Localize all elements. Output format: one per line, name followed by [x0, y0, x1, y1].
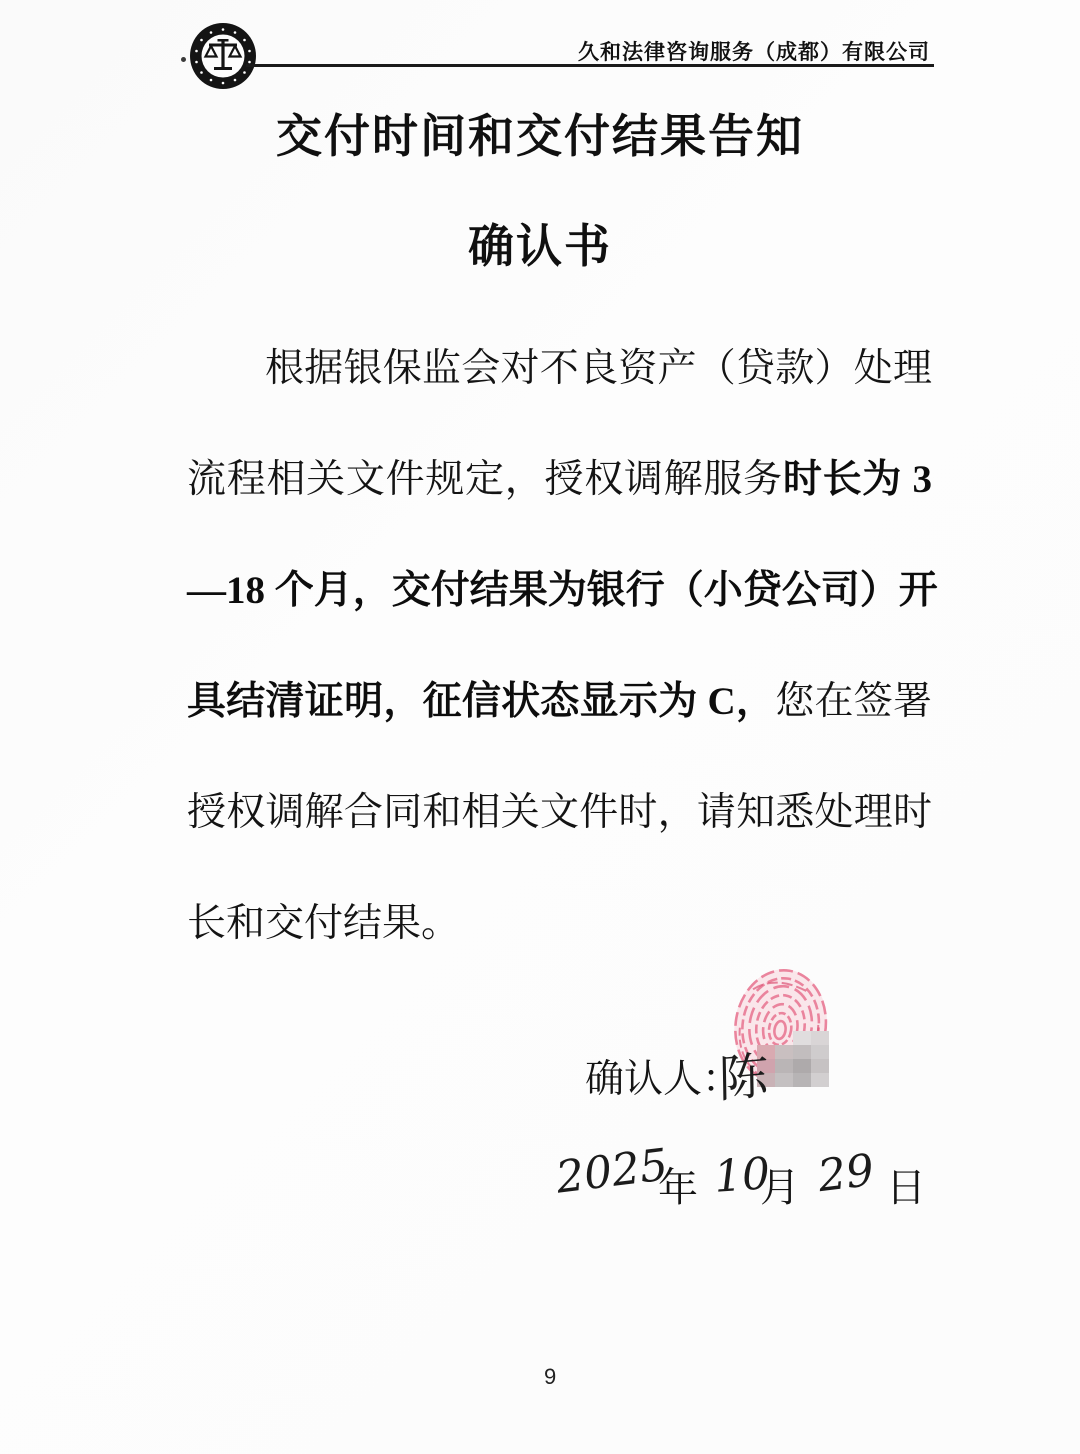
document-title-line1: 交付时间和交付结果告知: [0, 100, 1080, 166]
handwritten-signature: 陈: [718, 1035, 769, 1112]
body-text: 授权调解合同和相关文件时，请知悉处理时: [187, 791, 932, 834]
page-number: 9: [544, 1364, 556, 1390]
body-text-bold: 具结清证明，征信状态显示为 C，: [187, 680, 775, 723]
mosaic-cell: [811, 1073, 829, 1087]
body-paragraph: 根据银保监会对不良资产（贷款）处理流程相关文件规定，授权调解服务时长为 3—18…: [187, 313, 932, 979]
month-label: 月: [760, 1156, 800, 1213]
scanned-document-page: 久和法律咨询服务（成都）有限公司 交付时间和交付结果告知 确认书 根据银保监会对…: [0, 0, 1080, 1454]
mosaic-cell: [775, 1073, 793, 1087]
mosaic-cell: [811, 1059, 829, 1073]
body-line: 具结清证明，征信状态显示为 C，您在签署: [187, 646, 932, 757]
document-title-line2: 确认书: [0, 210, 1080, 276]
body-text-bold: —18 个月，交付结果为银行（小贷公司）开: [187, 569, 938, 612]
body-text-bold: 时长为 3: [783, 458, 932, 501]
body-line: 长和交付结果。: [187, 868, 932, 979]
mosaic-cell: [775, 1045, 793, 1059]
company-name: 久和法律咨询服务（成都）有限公司: [578, 36, 930, 66]
mosaic-cell: [775, 1031, 793, 1045]
body-text: 长和交付结果。: [187, 902, 460, 945]
year-label: 年: [658, 1156, 698, 1213]
mosaic-cell: [793, 1031, 811, 1045]
body-line: —18 个月，交付结果为银行（小贷公司）开: [187, 535, 932, 646]
body-line: 根据银保监会对不良资产（贷款）处理: [187, 313, 932, 424]
mosaic-cell: [793, 1073, 811, 1087]
scales-of-justice-logo-icon: [190, 23, 256, 89]
body-text: 您在签署: [775, 680, 932, 723]
body-line: 授权调解合同和相关文件时，请知悉处理时: [187, 757, 932, 868]
mosaic-cell: [793, 1059, 811, 1073]
mosaic-cell: [811, 1045, 829, 1059]
body-text: 根据银保监会对不良资产（贷款）处理: [265, 347, 932, 390]
handwritten-year: 2025: [553, 1139, 670, 1203]
handwritten-day: 29: [815, 1145, 877, 1202]
body-text: 流程相关文件规定，授权调解服务: [187, 458, 783, 501]
scan-artifact-dot: [181, 57, 186, 62]
body-line: 流程相关文件规定，授权调解服务时长为 3: [187, 424, 932, 535]
mosaic-cell: [811, 1031, 829, 1045]
mosaic-cell: [775, 1059, 793, 1073]
day-label: 日: [886, 1156, 926, 1213]
mosaic-cell: [793, 1045, 811, 1059]
